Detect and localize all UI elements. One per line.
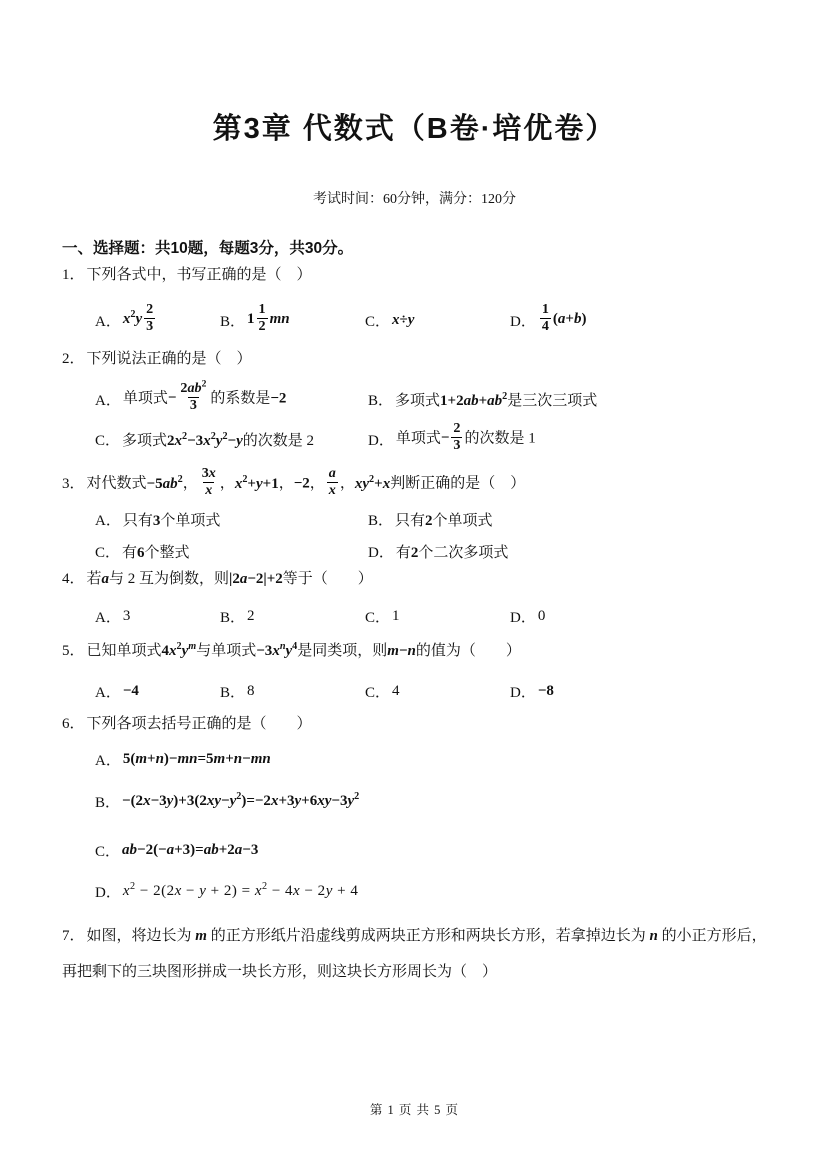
question-7-text: 如图，将边长为 m 的正方形纸片沿虚线剪成两块正方形和两块长方形，若拿掉边长为 … [62, 928, 767, 980]
option-label: D． [510, 606, 536, 627]
question-3-options-row-2: C．有6个整式 D．有2个二次多项式 [62, 541, 767, 563]
section-one-heading: 一、选择题：共10题，每题3分，共30分。 [62, 236, 767, 258]
question-6-number: 6． [62, 716, 85, 732]
question-1-number: 1． [62, 267, 85, 283]
question-2-option-d: D．单项式−23的次数是 1 [368, 424, 536, 454]
question-1-option-c: C．x÷y [365, 296, 414, 344]
question-3-options-row-1: A．只有3个单项式 B．只有2个单项式 [62, 509, 767, 531]
option-content: 14(a+b) [538, 304, 587, 337]
option-label: B． [220, 606, 245, 627]
question-3-option-c: C．有6个整式 [95, 541, 190, 562]
question-6-stem: 6．下列各项去括号正确的是（ ） [62, 714, 767, 734]
question-5-option-c: C．4 [365, 681, 400, 702]
option-content: 8 [247, 683, 255, 700]
question-3-option-d: D．有2个二次多项式 [368, 541, 508, 562]
option-content: −4 [123, 683, 139, 700]
question-5-option-b: B．8 [220, 681, 255, 702]
question-6-option-d: D．x2 − 2(2x − y + 2) = x2 − 4x − 2y + 4 [95, 881, 358, 902]
option-content: 多项式1+2ab+ab2是三次三项式 [395, 389, 597, 410]
option-label: C． [365, 606, 390, 627]
option-label: A． [95, 389, 121, 410]
question-2-option-b: B．多项式1+2ab+ab2是三次三项式 [368, 376, 597, 422]
option-content: x2y23 [123, 304, 157, 337]
question-4-option-d: D．0 [510, 606, 545, 627]
option-label: C． [365, 681, 390, 702]
question-3-option-b: B．只有2个单项式 [368, 509, 493, 530]
option-content: −8 [538, 683, 554, 700]
question-2-stem: 2．下列说法正确的是（ ） [62, 349, 767, 369]
question-4-options: A．3 B．2 C．1 D．0 [62, 606, 767, 628]
question-6-option-d-row: D．x2 − 2(2x − y + 2) = x2 − 4x − 2y + 4 [62, 881, 767, 911]
option-content: 有2个二次多项式 [396, 541, 509, 562]
question-6-option-a: A．5(m+n)−mn=5m+n−mn [95, 749, 271, 770]
option-content: 3 [123, 608, 131, 625]
option-label: B． [368, 389, 393, 410]
option-content: 单项式−2ab23的系数是−2 [123, 383, 287, 416]
question-4-option-b: B．2 [220, 606, 255, 627]
option-label: D． [368, 429, 394, 450]
question-4-option-c: C．1 [365, 606, 400, 627]
question-1-text: 下列各式中，书写正确的是（ ） [87, 267, 312, 283]
option-content: 0 [538, 608, 546, 625]
option-label: A． [95, 749, 121, 770]
question-5-stem: 5．已知单项式4x2ym与单项式−3xny4是同类项，则m−n的值为（ ） [62, 641, 767, 661]
option-content: 5(m+n)−mn=5m+n−mn [123, 751, 271, 768]
question-3-text: 对代数式−5ab2，3xx，x2+y+1，−2，ax，xy2+x判断正确的是（ … [87, 476, 526, 492]
option-content: ab−2(−a+3)=ab+2a−3 [122, 842, 258, 859]
exam-info-line: 考试时间：60分钟，满分：120分 [62, 188, 767, 208]
option-label: A． [95, 681, 121, 702]
option-label: B． [95, 791, 120, 812]
question-1-options: A．x2y23 B．112mn C．x÷y D．14(a+b) [62, 296, 767, 344]
option-label: C． [95, 840, 120, 861]
option-content: 多项式2x2−3x2y2−y的次数是 2 [122, 429, 314, 450]
option-content: 4 [392, 683, 400, 700]
question-6-option-c-row: C．ab−2(−a+3)=ab+2a−3 [62, 840, 767, 870]
option-content: x÷y [392, 312, 414, 329]
question-2-text: 下列说法正确的是（ ） [87, 351, 252, 367]
question-2-options-row-2: C．多项式2x2−3x2y2−y的次数是 2 D．单项式−23的次数是 1 [62, 424, 767, 454]
question-6-text: 下列各项去括号正确的是（ ） [87, 716, 312, 732]
question-4-text: 若a与 2 互为倒数，则|2a−2|+2等于（ ） [87, 571, 373, 587]
option-content: 1 [392, 608, 400, 625]
option-label: C． [95, 429, 120, 450]
option-label: D． [95, 881, 121, 902]
option-label: C． [365, 310, 390, 331]
option-content: x2 − 2(2x − y + 2) = x2 − 4x − 2y + 4 [123, 883, 358, 900]
option-label: A． [95, 310, 121, 331]
option-label: B． [220, 310, 245, 331]
question-3-stem: 3．对代数式−5ab2，3xx，x2+y+1，−2，ax，xy2+x判断正确的是… [62, 468, 767, 501]
option-label: A． [95, 606, 121, 627]
question-1-option-a: A．x2y23 [95, 296, 157, 344]
option-label: A． [95, 509, 121, 530]
option-content: 112mn [247, 304, 290, 337]
question-1-option-d: D．14(a+b) [510, 296, 586, 344]
question-4-number: 4． [62, 571, 85, 587]
exam-page: 第3章 代数式（B卷·培优卷） 考试时间：60分钟，满分：120分 一、选择题：… [0, 0, 827, 1169]
option-label: D． [368, 541, 394, 562]
question-5-text: 已知单项式4x2ym与单项式−3xny4是同类项，则m−n的值为（ ） [87, 643, 521, 659]
question-6-option-a-row: A．5(m+n)−mn=5m+n−mn [62, 749, 767, 775]
question-3-option-a: A．只有3个单项式 [95, 509, 220, 530]
option-content: 有6个整式 [122, 541, 190, 562]
question-5-options: A．−4 B．8 C．4 D．−8 [62, 681, 767, 703]
option-label: C． [95, 541, 120, 562]
question-2-option-a: A．单项式−2ab23的系数是−2 [95, 376, 286, 422]
question-7-number: 7． [62, 928, 85, 944]
question-4-stem: 4．若a与 2 互为倒数，则|2a−2|+2等于（ ） [62, 569, 767, 589]
question-5-number: 5． [62, 643, 85, 659]
option-label: B． [368, 509, 393, 530]
option-content: 单项式−23的次数是 1 [396, 423, 536, 456]
question-2-number: 2． [62, 351, 85, 367]
option-content: 2 [247, 608, 255, 625]
question-2-options-row-1: A．单项式−2ab23的系数是−2 B．多项式1+2ab+ab2是三次三项式 [62, 376, 767, 422]
question-5-option-d: D．−8 [510, 681, 554, 702]
question-2-option-c: C．多项式2x2−3x2y2−y的次数是 2 [95, 424, 314, 454]
option-content: 只有3个单项式 [123, 509, 221, 530]
question-6-option-b-row: B．−(2x−3y)+3(2xy−y2)=−2x+3y+6xy−3y2 [62, 791, 767, 821]
question-5-option-a: A．−4 [95, 681, 139, 702]
question-3-number: 3． [62, 476, 85, 492]
question-6-option-b: B．−(2x−3y)+3(2xy−y2)=−2x+3y+6xy−3y2 [95, 791, 359, 812]
question-4-option-a: A．3 [95, 606, 130, 627]
option-content: 只有2个单项式 [395, 509, 493, 530]
question-1-option-b: B．112mn [220, 296, 290, 344]
option-label: D． [510, 681, 536, 702]
option-label: D． [510, 310, 536, 331]
question-6-option-c: C．ab−2(−a+3)=ab+2a−3 [95, 840, 258, 861]
option-content: −(2x−3y)+3(2xy−y2)=−2x+3y+6xy−3y2 [122, 793, 359, 810]
question-1-stem: 1．下列各式中，书写正确的是（ ） [62, 265, 767, 285]
question-7-stem: 7．如图，将边长为 m 的正方形纸片沿虚线剪成两块正方形和两块长方形，若拿掉边长… [62, 918, 767, 990]
page-title: 第3章 代数式（B卷·培优卷） [62, 106, 767, 147]
option-label: B． [220, 681, 245, 702]
page-number-footer: 第 1 页 共 5 页 [62, 1100, 767, 1118]
